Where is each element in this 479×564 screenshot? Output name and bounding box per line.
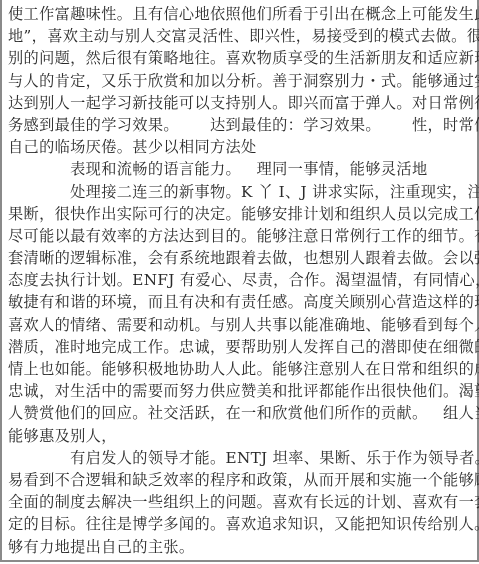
text-line: 够有力地提出自己的主张。 [8, 536, 474, 558]
text-line: 别的问题，然后很有策略地往。喜欢物质享受的生活新朋友和适应新环境。 [8, 47, 474, 69]
text-line: 易看到不合逻辑和缺乏效率的程序和政策，从而开展和实施一个能够顾及 [8, 469, 474, 491]
text-line: 有启发人的领导才能。ENTJ 坦率、果断、乐于作为领导者。很容 [8, 447, 474, 469]
text-line: 处理接二连三的新事物。K 丫 I、J 讲求实际，注重现实，注重事实。 [8, 181, 474, 203]
text-line: 自己的临场厌倦。甚少以相同方法处 [8, 136, 474, 158]
text-line: 果断，很快作出实际可行的决定。能够安排计划和组织人员以完成工作， [8, 203, 474, 225]
document-body: 使工作富趣味性。且有信心地依照他们所看于引出在概念上可能发生此 地”，喜欢主动与… [8, 3, 474, 558]
text-line: 态度去执行计划。ENFJ 有爱心、尽责，合作。渴望温情，有同情心，反应 [8, 269, 474, 291]
text-line: 地”，喜欢主动与别人交富灵活性、即兴性，易接受到的模式去做。很需要 [8, 25, 474, 47]
text-line: 能够惠及别人， [8, 425, 474, 447]
text-line: 敏捷有和谐的环境，而且有决和有责任感。高度关顾别心营造这样的环境。 [8, 291, 474, 313]
text-line: 与人的肯定，又乐于欣赏和加以分析。善于洞察别力・式。能够通过实践 [8, 70, 474, 92]
document-page: 使工作富趣味性。且有信心地依照他们所看于引出在概念上可能发生此 地”，喜欢主动与… [0, 0, 479, 562]
text-line: 忠诚，对生活中的需要而努力供应赞美和批评都能作出很快他们。渴望别 [8, 380, 474, 402]
text-line: 定的目标。往往是博学多闻的。喜欢追求知识，又能把知识传给别人。能 [8, 513, 474, 535]
text-line: 潜质，准时地完成工作。忠诚，要帮助别人发挥自己的潜即使在细微的事 [8, 336, 474, 358]
text-line: 全面的制度去解决一些组织上的问题。喜欢有长远的计划、喜欢有一套制 [8, 491, 474, 513]
text-line: 套清晰的逻辑标准，会有系统地跟着去做，也想别人跟着去做。会以强硬 [8, 247, 474, 269]
text-line: 喜欢人的情绪、需要和动机。与别人共事以能准确地、能够看到每个人的 [8, 314, 474, 336]
text-line: 务感到最佳的学习效果。 达到最佳的：学习效果。 性，时常信赖 [8, 114, 474, 136]
text-line: 尽可能以最有效率的方法达到目的。能够注意日常例行工作的细节。有一 [8, 225, 474, 247]
text-line: 人赞赏他们的回应。社交活跃，在一和欣赏他们所作的贡献。 组人当中 [8, 402, 474, 424]
text-line: 表现和流畅的语言能力。 理同一事情，能够灵活地 [8, 158, 474, 180]
text-line: 情上也如能。能够积极地协助人人此。能够注意别人在日常和组织的成长。 [8, 358, 474, 380]
text-line: 使工作富趣味性。且有信心地依照他们所看于引出在概念上可能发生此 [8, 3, 474, 25]
text-line: 达到别人一起学习新技能可以支持别人。即兴而富于弹人。对日常例行事 [8, 92, 474, 114]
